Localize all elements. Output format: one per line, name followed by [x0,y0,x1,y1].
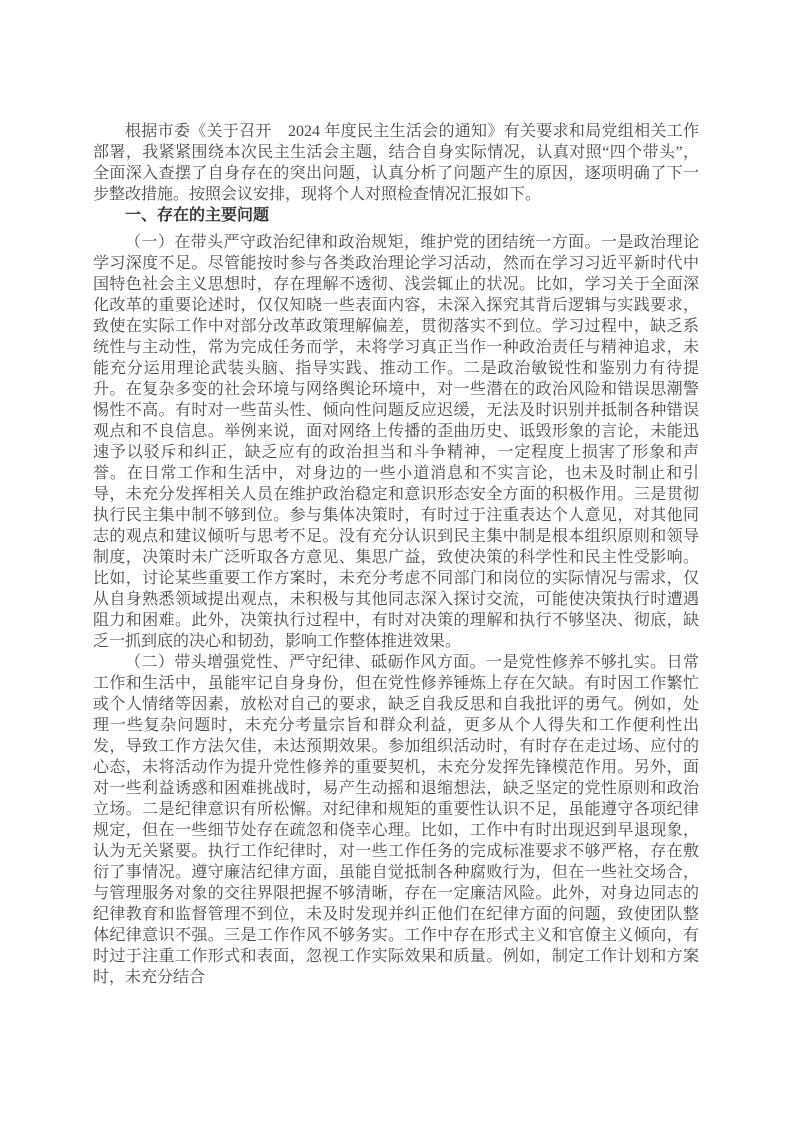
intro-paragraph: 根据市委《关于召开 2024 年度民主生活会的通知》有关要求和局党组相关工作部署… [93,121,699,205]
problem-paragraph-party-spirit-discipline: （二）带头增强党性、严守纪律、砥砺作风方面。一是党性修养不够扎实。日常工作和生活… [93,652,699,988]
problem-paragraph-political-discipline: （一）在带头严守政治纪律和政治规矩，维护党的团结统一方面。一是政治理论学习深度不… [93,232,699,652]
document-page: 根据市委《关于召开 2024 年度民主生活会的通知》有关要求和局党组相关工作部署… [0,0,793,1122]
section-heading-main-problems: 一、存在的主要问题 [93,205,699,227]
